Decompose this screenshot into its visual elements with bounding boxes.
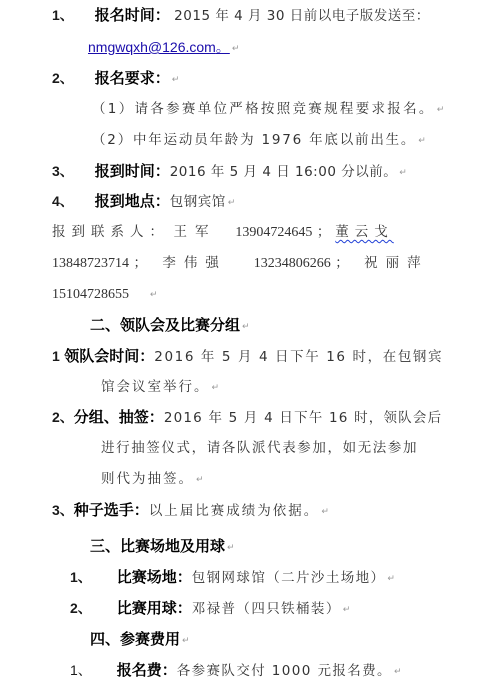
requirement-subitem: （1）请各参赛单位严格按照竞赛规程要求报名。↵ — [92, 99, 444, 119]
section-heading: 四、参赛费用 — [90, 630, 180, 648]
contacts-label: 报到联系人： — [52, 224, 169, 240]
item-text: 以上届比赛成绩为依据。 — [149, 503, 320, 519]
item-number: 3、 — [52, 502, 74, 518]
paragraph-mark-icon: ↵ — [321, 507, 329, 517]
item-registration-requirements: 2、 报名要求：↵ — [52, 68, 179, 88]
item-label: 分组、抽签： — [74, 408, 164, 426]
item-text: 邓禄普（四只铁桶装） — [192, 601, 341, 617]
contacts-line-2: 13848723714 ； 李伟强 13234806266 ； 祝丽萍 — [52, 253, 429, 273]
item-registration-fee: 1、 报名费：各参赛队交付 1000 元报名费。↵ — [70, 660, 402, 680]
contact-phone: 13848723714 — [52, 256, 129, 271]
paragraph-mark-icon: ↵ — [437, 105, 445, 115]
item-number: 2、 — [70, 600, 92, 616]
section-heading-fees: 四、参赛费用↵ — [90, 629, 190, 649]
item-text: 包钢网球馆（二片沙土场地） — [192, 570, 386, 586]
section-heading-leaders-meeting: 二、领队会及比赛分组↵ — [90, 315, 250, 335]
paragraph-mark-icon: ↵ — [182, 636, 190, 646]
item-label: 报名要求： — [95, 69, 170, 87]
item-balls: 2、 比赛用球：邓禄普（四只铁桶装）↵ — [70, 598, 350, 618]
item-number: 1、 — [52, 7, 74, 23]
requirement-subitem: （2）中年运动员年龄为 1976 年底以前出生。↵ — [92, 130, 426, 150]
email-link[interactable]: nmgwqxh@126.com — [88, 39, 216, 55]
item-registration-time: 1、 报名时间： 2015 年 4 月 30 日前以电子版发送至： — [52, 5, 430, 25]
separator: ； — [317, 224, 331, 240]
subitem-text: （2）中年运动员年龄为 1976 年底以前出生。 — [92, 132, 416, 148]
item-label: 种子选手： — [74, 501, 149, 519]
item-grouping-draw: 2、分组、抽签：2016 年 5 月 4 日下午 16 时，领队会后 — [52, 407, 442, 427]
paragraph-mark-icon: ↵ — [418, 136, 426, 146]
contact-phone: 15104728655 — [52, 287, 129, 302]
paragraph-mark-icon: ↵ — [387, 574, 395, 584]
section-heading-venue-balls: 三、比赛场地及用球↵ — [90, 536, 235, 556]
item-label: 领队会时间： — [64, 347, 154, 365]
paragraph-mark-icon: ↵ — [212, 383, 220, 393]
paragraph-mark-icon: ↵ — [394, 667, 402, 677]
contacts-line-1: 报到联系人： 王军 13904724645 ； 董云戈 — [52, 222, 394, 242]
item-venue: 1、 比赛场地：包钢网球馆（二片沙土场地）↵ — [70, 567, 395, 587]
subitem-text: （1）请各参赛单位严格按照竞赛规程要求报名。 — [92, 101, 435, 117]
item-number: 1、 — [70, 662, 92, 678]
contact-phone: 13904724645 — [235, 225, 312, 240]
contact-name: 王军 — [173, 224, 216, 240]
item-label: 报到时间： — [95, 162, 170, 180]
email-line: nmgwqxh@126.com。↵ — [88, 37, 239, 57]
item-number: 1 — [52, 348, 60, 364]
item-text: 2016 年 5 月 4 日下午 16 时，在包钢宾 — [154, 349, 443, 365]
paragraph-mark-icon: ↵ — [232, 44, 240, 54]
item-number: 1、 — [70, 569, 92, 585]
item-label: 比赛场地： — [117, 568, 192, 586]
item-text: 馆会议室举行。 — [101, 379, 210, 395]
item-label: 报名时间： — [95, 6, 170, 24]
item-label: 比赛用球： — [117, 599, 192, 617]
item-number: 2、 — [52, 70, 74, 86]
contacts-line-3: 15104728655 ↵ — [52, 284, 157, 304]
item-grouping-draw-cont: 进行抽签仪式，请各队派代表参加，如无法参加 — [101, 438, 418, 458]
paragraph-mark-icon: ↵ — [172, 75, 180, 85]
item-number: 4、 — [52, 193, 74, 209]
paragraph-mark-icon: ↵ — [228, 198, 236, 208]
item-text: 2015 年 4 月 30 日前以电子版发送至： — [174, 8, 430, 24]
item-label: 报名费： — [117, 661, 177, 679]
contact-name: 祝丽萍 — [364, 255, 429, 271]
paragraph-mark-icon: ↵ — [150, 290, 158, 300]
paragraph-mark-icon: ↵ — [343, 605, 351, 615]
item-number: 2、 — [52, 409, 74, 425]
section-heading: 三、比赛场地及用球 — [90, 537, 225, 555]
item-number: 3、 — [52, 163, 74, 179]
contact-name: 李伟强 — [162, 255, 227, 271]
item-checkin-location: 4、 报到地点：包钢宾馆↵ — [52, 191, 235, 211]
contact-phone: 13234806266 — [254, 256, 331, 271]
contact-name-spellcheck: 董云戈 — [335, 224, 394, 240]
item-checkin-time: 3、 报到时间：2016 年 5 月 4 日 16:00 分以前。↵ — [52, 161, 407, 181]
item-text: 2016 年 5 月 4 日下午 16 时，领队会后 — [164, 410, 442, 426]
separator: ； — [335, 255, 349, 271]
item-grouping-draw-cont: 则代为抽签。↵ — [101, 469, 204, 489]
section-heading: 二、领队会及比赛分组 — [90, 316, 240, 334]
item-label: 报到地点： — [95, 192, 170, 210]
item-text: 则代为抽签。 — [101, 471, 194, 487]
item-text: 包钢宾馆 — [170, 194, 226, 210]
item-seeded-players: 3、种子选手：以上届比赛成绩为依据。↵ — [52, 500, 329, 520]
paragraph-mark-icon: ↵ — [242, 322, 250, 332]
item-text: 进行抽签仪式，请各队派代表参加，如无法参加 — [101, 440, 418, 456]
paragraph-mark-icon: ↵ — [399, 168, 407, 178]
paragraph-mark-icon: ↵ — [227, 543, 235, 553]
email-suffix: 。 — [216, 39, 230, 55]
item-leaders-meeting-time-cont: 馆会议室举行。↵ — [101, 377, 219, 397]
paragraph-mark-icon: ↵ — [196, 475, 204, 485]
item-text: 2016 年 5 月 4 日 16:00 分以前。 — [170, 164, 397, 180]
separator: ； — [133, 255, 147, 271]
item-text: 各参赛队交付 1000 元报名费。 — [177, 663, 392, 679]
item-leaders-meeting-time: 1 领队会时间：2016 年 5 月 4 日下午 16 时，在包钢宾 — [52, 346, 443, 366]
